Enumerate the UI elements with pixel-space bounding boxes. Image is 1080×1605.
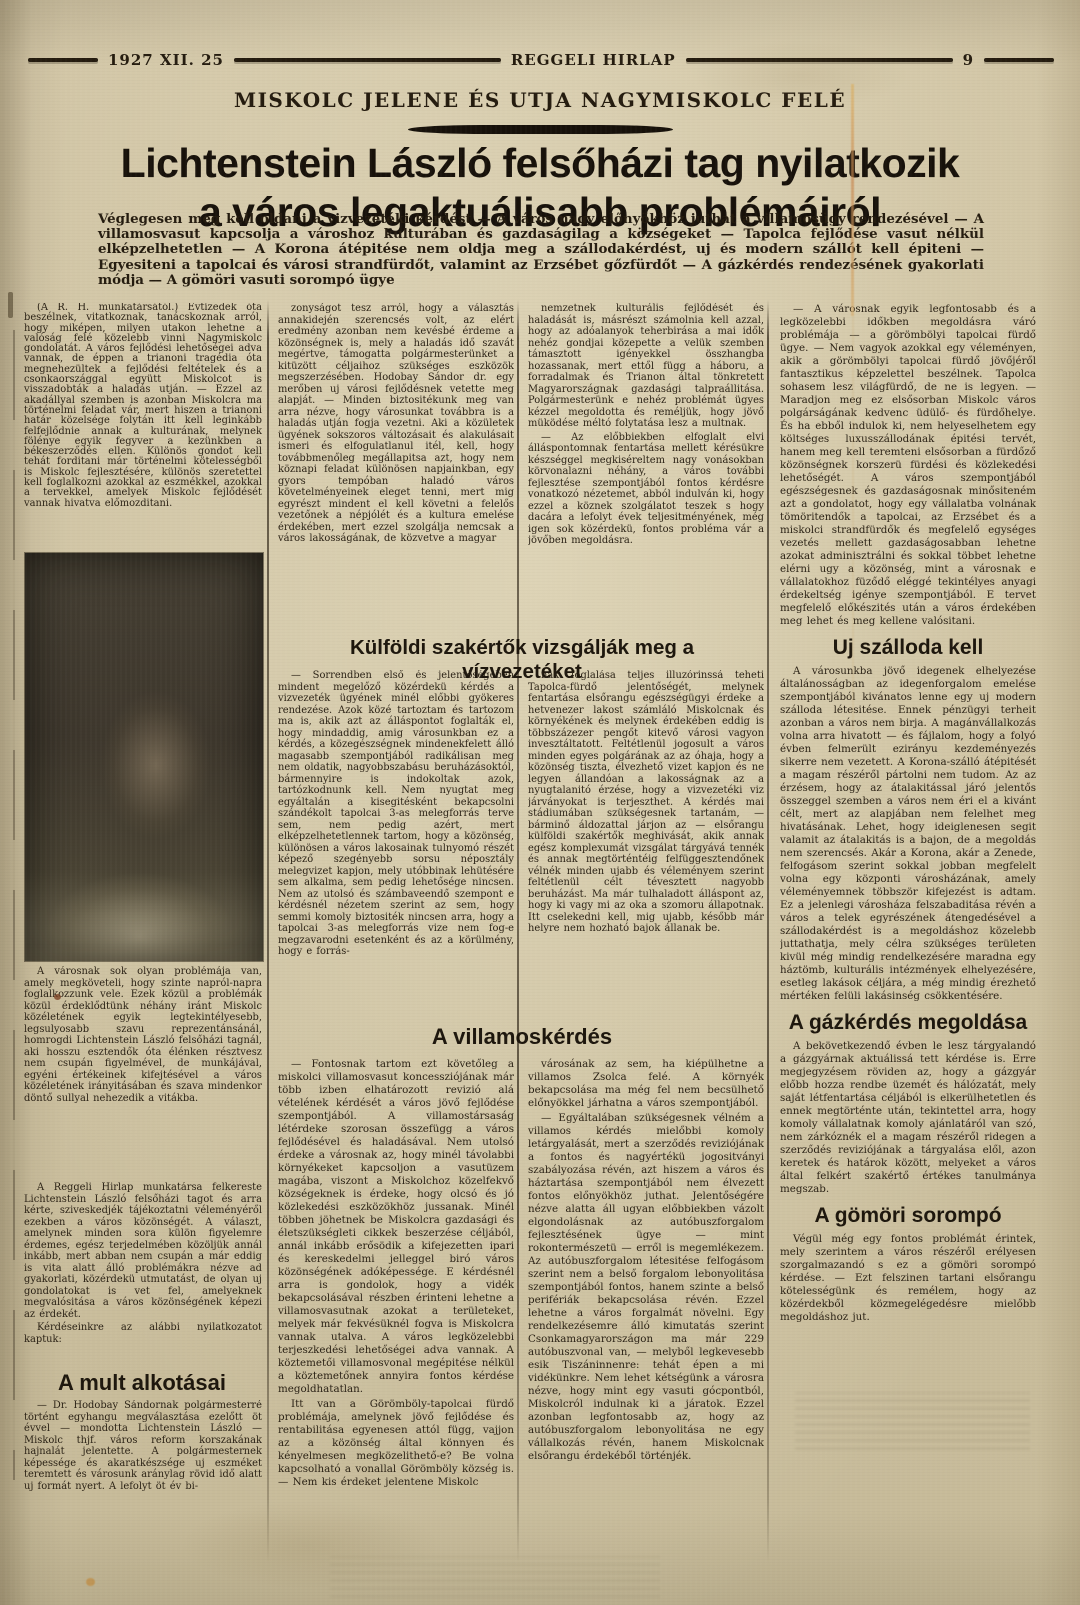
body-paragraph: A városnak sok olyan problémája van, ame… xyxy=(24,966,262,1104)
body-paragraph: — Dr. Hodobay Sándornak polgármesterré t… xyxy=(24,1400,262,1492)
masthead-rule xyxy=(234,58,501,62)
section-heading: A gömöri sorompó xyxy=(780,1204,1036,1228)
body-paragraph: nemzetnek kulturális fejlődését és halad… xyxy=(528,303,764,430)
section-heading: Uj szálloda kell xyxy=(780,636,1036,660)
paper-crease xyxy=(851,84,854,316)
column-4-paragraphs: — A városnak egyik legfontosabb és a leg… xyxy=(780,303,1036,1593)
kicker: MISKOLC JELENE ÉS UTJA NAGYMISKOLC FELÉ xyxy=(0,88,1080,112)
column-2-paragraphs-mid: — Sorrendben első és jelentőségében mind… xyxy=(278,670,514,1022)
body-paragraph: Itt van a Görömböly-tapolcai fürdő probl… xyxy=(278,1398,514,1489)
section-heading: A gázkérdés megoldása xyxy=(780,1011,1036,1035)
page-edge-rule xyxy=(13,330,15,1480)
body-paragraph: nak foglalása teljes illuzórinssá teheti… xyxy=(528,670,764,935)
body-paragraph: A városunkba jövő idegenek elhelyezése á… xyxy=(780,665,1036,1003)
body-paragraph: Végül még egy fontos problémát érintek, … xyxy=(780,1233,1036,1324)
column-rule-3 xyxy=(767,300,769,1562)
column-3-paragraphs-top: nemzetnek kulturális fejlődését és halad… xyxy=(528,303,764,636)
column-3-paragraphs-bottom: városának az sem, ha kiépülhetne a villa… xyxy=(528,1058,764,1578)
section-heading-past-achievements: A mult alkotásai xyxy=(22,1370,262,1396)
column-1-paragraphs-bottom: — Dr. Hodobay Sándornak polgármesterré t… xyxy=(24,1400,262,1528)
column-3-paragraphs-mid: nak foglalása teljes illuzórinssá teheti… xyxy=(528,670,764,1022)
column-2-paragraphs-bottom: — Fontosnak tartom ezt követőleg a misko… xyxy=(278,1058,514,1526)
column-2-paragraphs-top: zonyságot tesz arról, hogy a választás a… xyxy=(278,303,514,636)
body-paragraph: zonyságot tesz arról, hogy a választás a… xyxy=(278,303,514,545)
body-paragraph: — Az előbbiekben elfoglalt elvi álláspon… xyxy=(528,432,764,547)
masthead-date: 1927 XII. 25 xyxy=(108,51,224,69)
ink-speck xyxy=(54,994,61,1000)
body-paragraph: — Fontosnak tartom ezt követőleg a misko… xyxy=(278,1058,514,1396)
body-paragraph: (A R. H. munkatársától.) Évtizedek óta b… xyxy=(24,303,262,509)
paper-crease-faint xyxy=(852,316,854,736)
masthead-rule-right xyxy=(984,58,1054,62)
section-heading-tram-question: A villamoskérdés xyxy=(292,1024,752,1050)
ink-speck xyxy=(86,1578,95,1586)
column-1-paragraphs-lower: A Reggeli Hirlap munkatársa felkereste L… xyxy=(24,1182,262,1368)
portrait-photo xyxy=(25,553,263,961)
column-1-paragraphs-top: (A R. H. munkatársától.) Évtizedek óta b… xyxy=(24,303,262,551)
body-paragraph: — A városnak egyik legfontosabb és a leg… xyxy=(780,303,1036,628)
ink-speck xyxy=(8,292,13,318)
column-rule-2 xyxy=(517,300,519,1562)
kicker-underline-bar xyxy=(408,125,673,134)
body-paragraph: Kérdéseinkre az alábbi nyilatkozatot kap… xyxy=(24,1322,262,1345)
body-paragraph: városának az sem, ha kiépülhetne a villa… xyxy=(528,1058,764,1110)
masthead-title: REGGELI HIRLAP xyxy=(511,51,676,69)
body-paragraph: — Egyáltalában szükségesnek vélném a vil… xyxy=(528,1112,764,1463)
masthead: 1927 XII. 25 REGGELI HIRLAP 9 xyxy=(28,52,1054,68)
masthead-rule-left xyxy=(28,58,98,62)
headline-line-1: Lichtenstein László felsőházi tag nyilat… xyxy=(20,139,1060,188)
masthead-rule xyxy=(686,58,953,62)
body-paragraph: A Reggeli Hirlap munkatársa felkereste L… xyxy=(24,1182,262,1320)
body-paragraph: — Sorrendben első és jelentőségében mind… xyxy=(278,670,514,958)
masthead-page-number: 9 xyxy=(963,51,974,69)
body-paragraph: A bekövetkezendő évben le lesz tárgyalan… xyxy=(780,1040,1036,1196)
column-rule-1 xyxy=(267,300,269,1562)
